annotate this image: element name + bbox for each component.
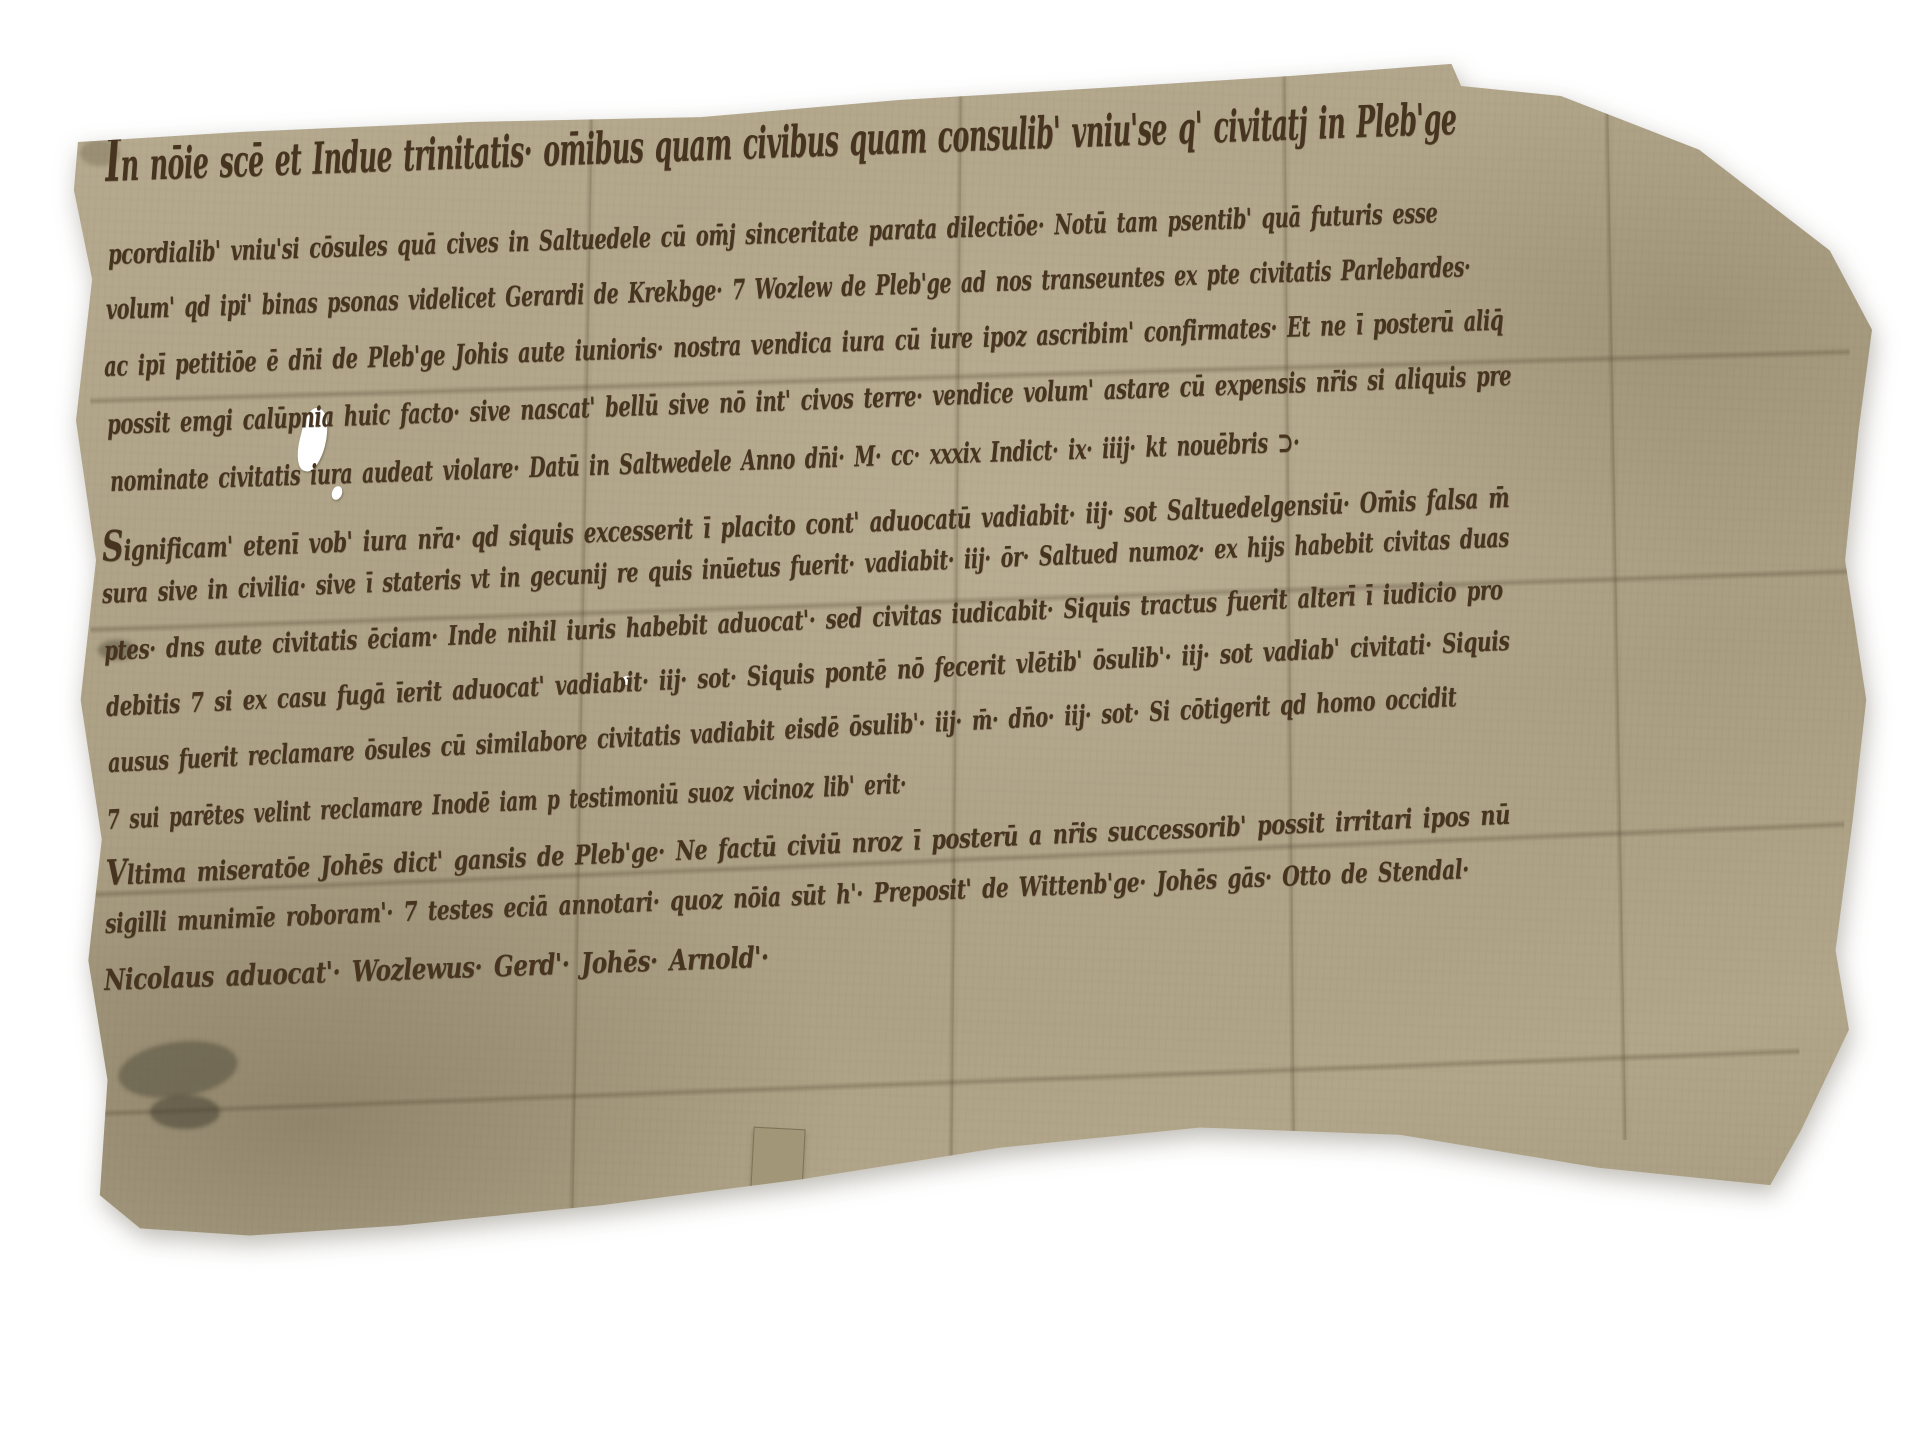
photo-background: In nōie scē et Indue trinitatis· om̄ibus… (0, 0, 1920, 1440)
seal-tag (750, 1127, 805, 1194)
ink-stain-bottom-left-2 (150, 1095, 220, 1129)
parchment-surface: In nōie scē et Indue trinitatis· om̄ibus… (0, 0, 1920, 1440)
parchment-document: In nōie scē et Indue trinitatis· om̄ibus… (0, 0, 1920, 1440)
